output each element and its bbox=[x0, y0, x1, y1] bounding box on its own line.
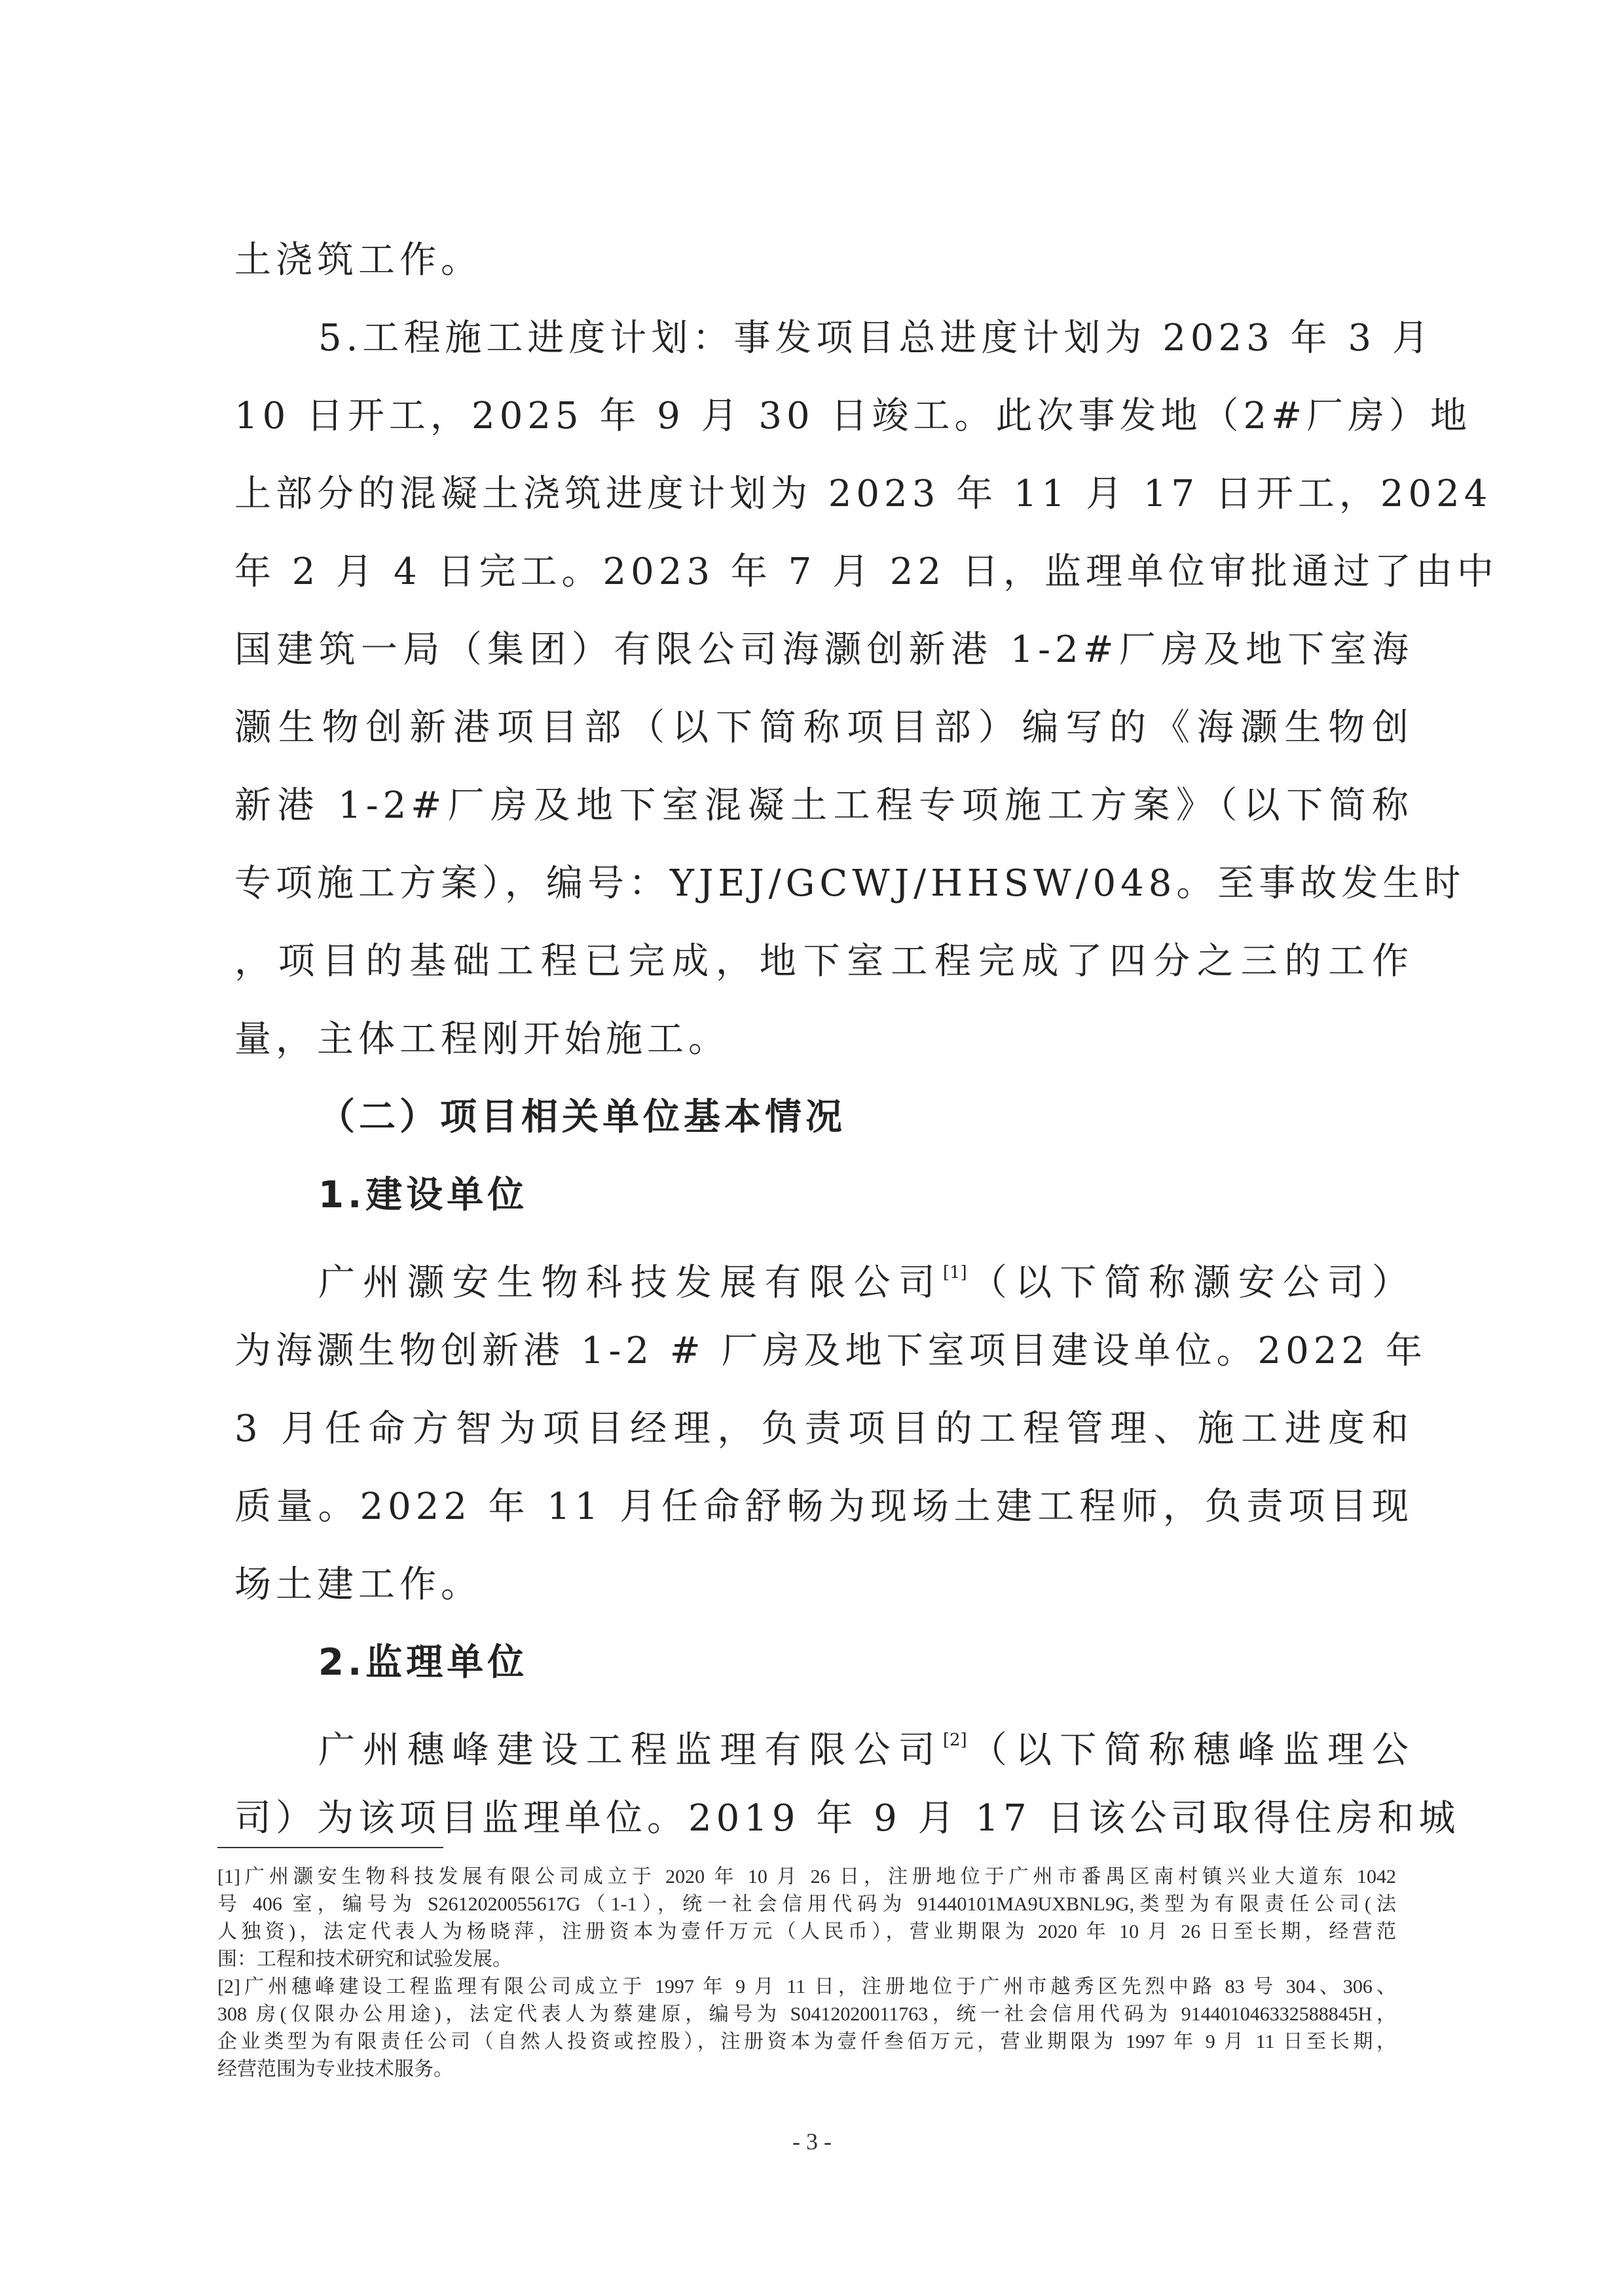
footnote-2-line: 经营范围为专业技术服务。 bbox=[217, 2056, 1396, 2083]
footnote-ref-2[interactable]: [2] bbox=[943, 1730, 967, 1750]
paragraph-line: 土浇筑工作。 bbox=[234, 221, 1413, 299]
footnote-1-line: [1]广州灏安生物科技发展有限公司成立于 2020 年 10 月 26 日，注册… bbox=[217, 1863, 1396, 1891]
paragraph-line: 国建筑一局（集团）有限公司海灏创新港 1-2#厂房及地下室海 bbox=[234, 611, 1413, 689]
footnote-ref-1[interactable]: [1] bbox=[943, 1263, 967, 1283]
paragraph-line: 5.工程施工进度计划：事发项目总进度计划为 2023 年 3 月 bbox=[234, 299, 1413, 377]
company-name: 广州灏安生物科技发展有限公司 bbox=[318, 1262, 943, 1304]
company-name: 广州穗峰建设工程监理有限公司 bbox=[318, 1729, 943, 1772]
footnote-2-line: [2]广州穗峰建设工程监理有限公司成立于 1997 年 9 月 11 日，注册地… bbox=[217, 1973, 1396, 2001]
footnote-1-line: 人独资)，法定代表人为杨晓萍，注册资本为壹仟万元（人民币），营业期限为 2020… bbox=[217, 1918, 1396, 1946]
paragraph-line: 司）为该项目监理单位。2019 年 9 月 17 日该公司取得住房和城 bbox=[234, 1779, 1413, 1857]
paragraph-line: 为海灏生物创新港 1-2 # 厂房及地下室项目建设单位。2022 年 bbox=[234, 1312, 1413, 1390]
paragraph-line: ，项目的基础工程已完成，地下室工程完成了四分之三的工作 bbox=[234, 922, 1413, 1000]
footnote-2-line: 企业类型为有限责任公司（自然人投资或控股），注册资本为壹仟叁佰万元，营业期限为 … bbox=[217, 2028, 1396, 2056]
paragraph-line: 3 月任命方智为项目经理，负责项目的工程管理、施工进度和 bbox=[234, 1390, 1413, 1468]
subsection-heading-construction-unit: 1.建设单位 bbox=[234, 1156, 1413, 1234]
body-text: 土浇筑工作。 5.工程施工进度计划：事发项目总进度计划为 2023 年 3 月 … bbox=[234, 221, 1413, 1857]
document-page: 土浇筑工作。 5.工程施工进度计划：事发项目总进度计划为 2023 年 3 月 … bbox=[0, 0, 1624, 2296]
paragraph-line: 新港 1-2#厂房及地下室混凝土工程专项施工方案》（以下简称 bbox=[234, 767, 1413, 845]
subsection-heading-supervision-unit: 2.监理单位 bbox=[234, 1624, 1413, 1702]
paragraph-line: 质量。2022 年 11 月任命舒畅为现场土建工程师，负责项目现 bbox=[234, 1468, 1413, 1546]
paragraph-line: 灏生物创新港项目部（以下简称项目部）编写的《海灏生物创 bbox=[234, 689, 1413, 767]
paragraph-line: 10 日开工，2025 年 9 月 30 日竣工。此次事发地（2#厂房）地 bbox=[234, 377, 1413, 455]
section-heading: （二）项目相关单位基本情况 bbox=[234, 1078, 1413, 1156]
footnote-1-line: 号 406 室，编号为 S2612020055617G（1-1），统一社会信用代… bbox=[217, 1891, 1396, 1918]
abbreviation-note: （以下简称灏安公司） bbox=[967, 1262, 1413, 1304]
paragraph-line: 场土建工作。 bbox=[234, 1546, 1413, 1624]
paragraph-line: 专项施工方案），编号：YJEJ/GCWJ/HHSW/048。至事故发生时 bbox=[234, 845, 1413, 922]
page-number: - 3 - bbox=[0, 2128, 1624, 2155]
footnote-1-line: 围：工程和技术研究和试验发展。 bbox=[217, 1946, 1396, 1973]
abbreviation-note: （以下简称穗峰监理公 bbox=[967, 1729, 1413, 1772]
paragraph-line: 广州穗峰建设工程监理有限公司[2]（以下简称穗峰监理公 bbox=[234, 1702, 1413, 1779]
paragraph-line: 广州灏安生物科技发展有限公司[1]（以下简称灏安公司） bbox=[234, 1234, 1413, 1312]
paragraph-line: 量，主体工程刚开始施工。 bbox=[234, 1000, 1413, 1078]
paragraph-line: 上部分的混凝土浇筑进度计划为 2023 年 11 月 17 日开工，2024 bbox=[234, 455, 1413, 533]
footnotes: [1]广州灏安生物科技发展有限公司成立于 2020 年 10 月 26 日，注册… bbox=[217, 1863, 1396, 2083]
footnote-2-line: 308 房(仅限办公用途)，法定代表人为蔡建原，编号为 S04120200117… bbox=[217, 2001, 1396, 2028]
footnote-divider bbox=[217, 1847, 443, 1848]
paragraph-line: 年 2 月 4 日完工。2023 年 7 月 22 日，监理单位审批通过了由中 bbox=[234, 533, 1413, 611]
